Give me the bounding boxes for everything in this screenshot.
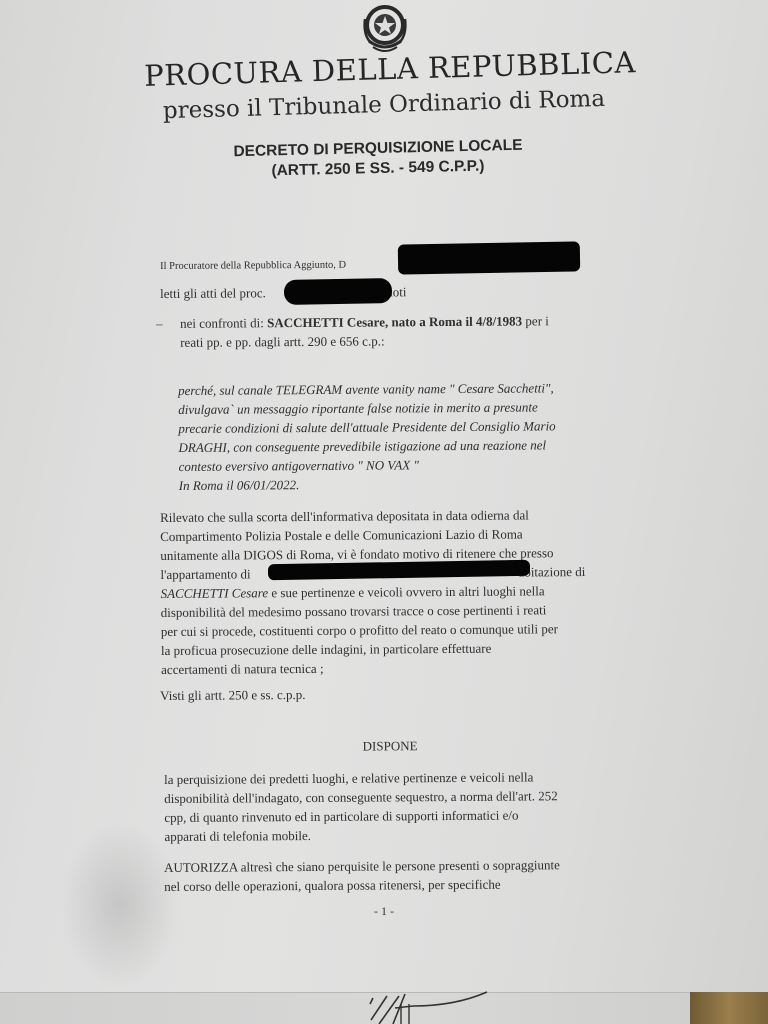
text-line: apparati di telefonia mobile. xyxy=(164,824,634,846)
text-line: accertamenti di natura tecnica ; xyxy=(161,657,633,679)
text-line: nel corso delle operazioni, qualora poss… xyxy=(164,874,634,896)
wooden-table-surface xyxy=(690,992,768,1024)
charge-paragraph: perché, sul canale TELEGRAM avente vanit… xyxy=(178,378,635,495)
accused-name-italic: SACCHETTI Cesare xyxy=(161,585,269,601)
atti-prefix: letti gli atti del proc. xyxy=(160,285,266,301)
italian-republic-emblem-icon xyxy=(357,1,413,59)
text-line: In Roma il 06/01/2022. xyxy=(179,473,635,495)
redaction-block xyxy=(284,278,392,305)
list-dash: – xyxy=(156,314,163,333)
accused-paragraph: – nei confronti di: SACCHETTI Cesare, na… xyxy=(158,311,654,352)
page-number: - 1 - xyxy=(0,904,768,919)
rilevato-paragraph: Rilevato che sulla scorta dell'informati… xyxy=(160,505,633,679)
procuratore-prefix: Il Procuratore della Repubblica Aggiunto… xyxy=(160,260,346,272)
signature-scribble xyxy=(365,990,545,1024)
second-page-edge xyxy=(0,992,690,1024)
dispone-paragraph: la perquisizione dei predetti luoghi, e … xyxy=(164,767,635,846)
visti-line: Visti gli artt. 250 e ss. c.p.p. xyxy=(160,683,630,705)
atti-line: letti gli atti del proc. R noti xyxy=(160,281,630,303)
redaction-block xyxy=(398,241,580,274)
dispone-heading: DISPONE xyxy=(150,735,630,757)
accused-name: SACCHETTI Cesare, nato a Roma il 4/8/198… xyxy=(267,313,522,330)
autorizza-paragraph: AUTORIZZA altresì che siano perquisite l… xyxy=(164,855,634,896)
